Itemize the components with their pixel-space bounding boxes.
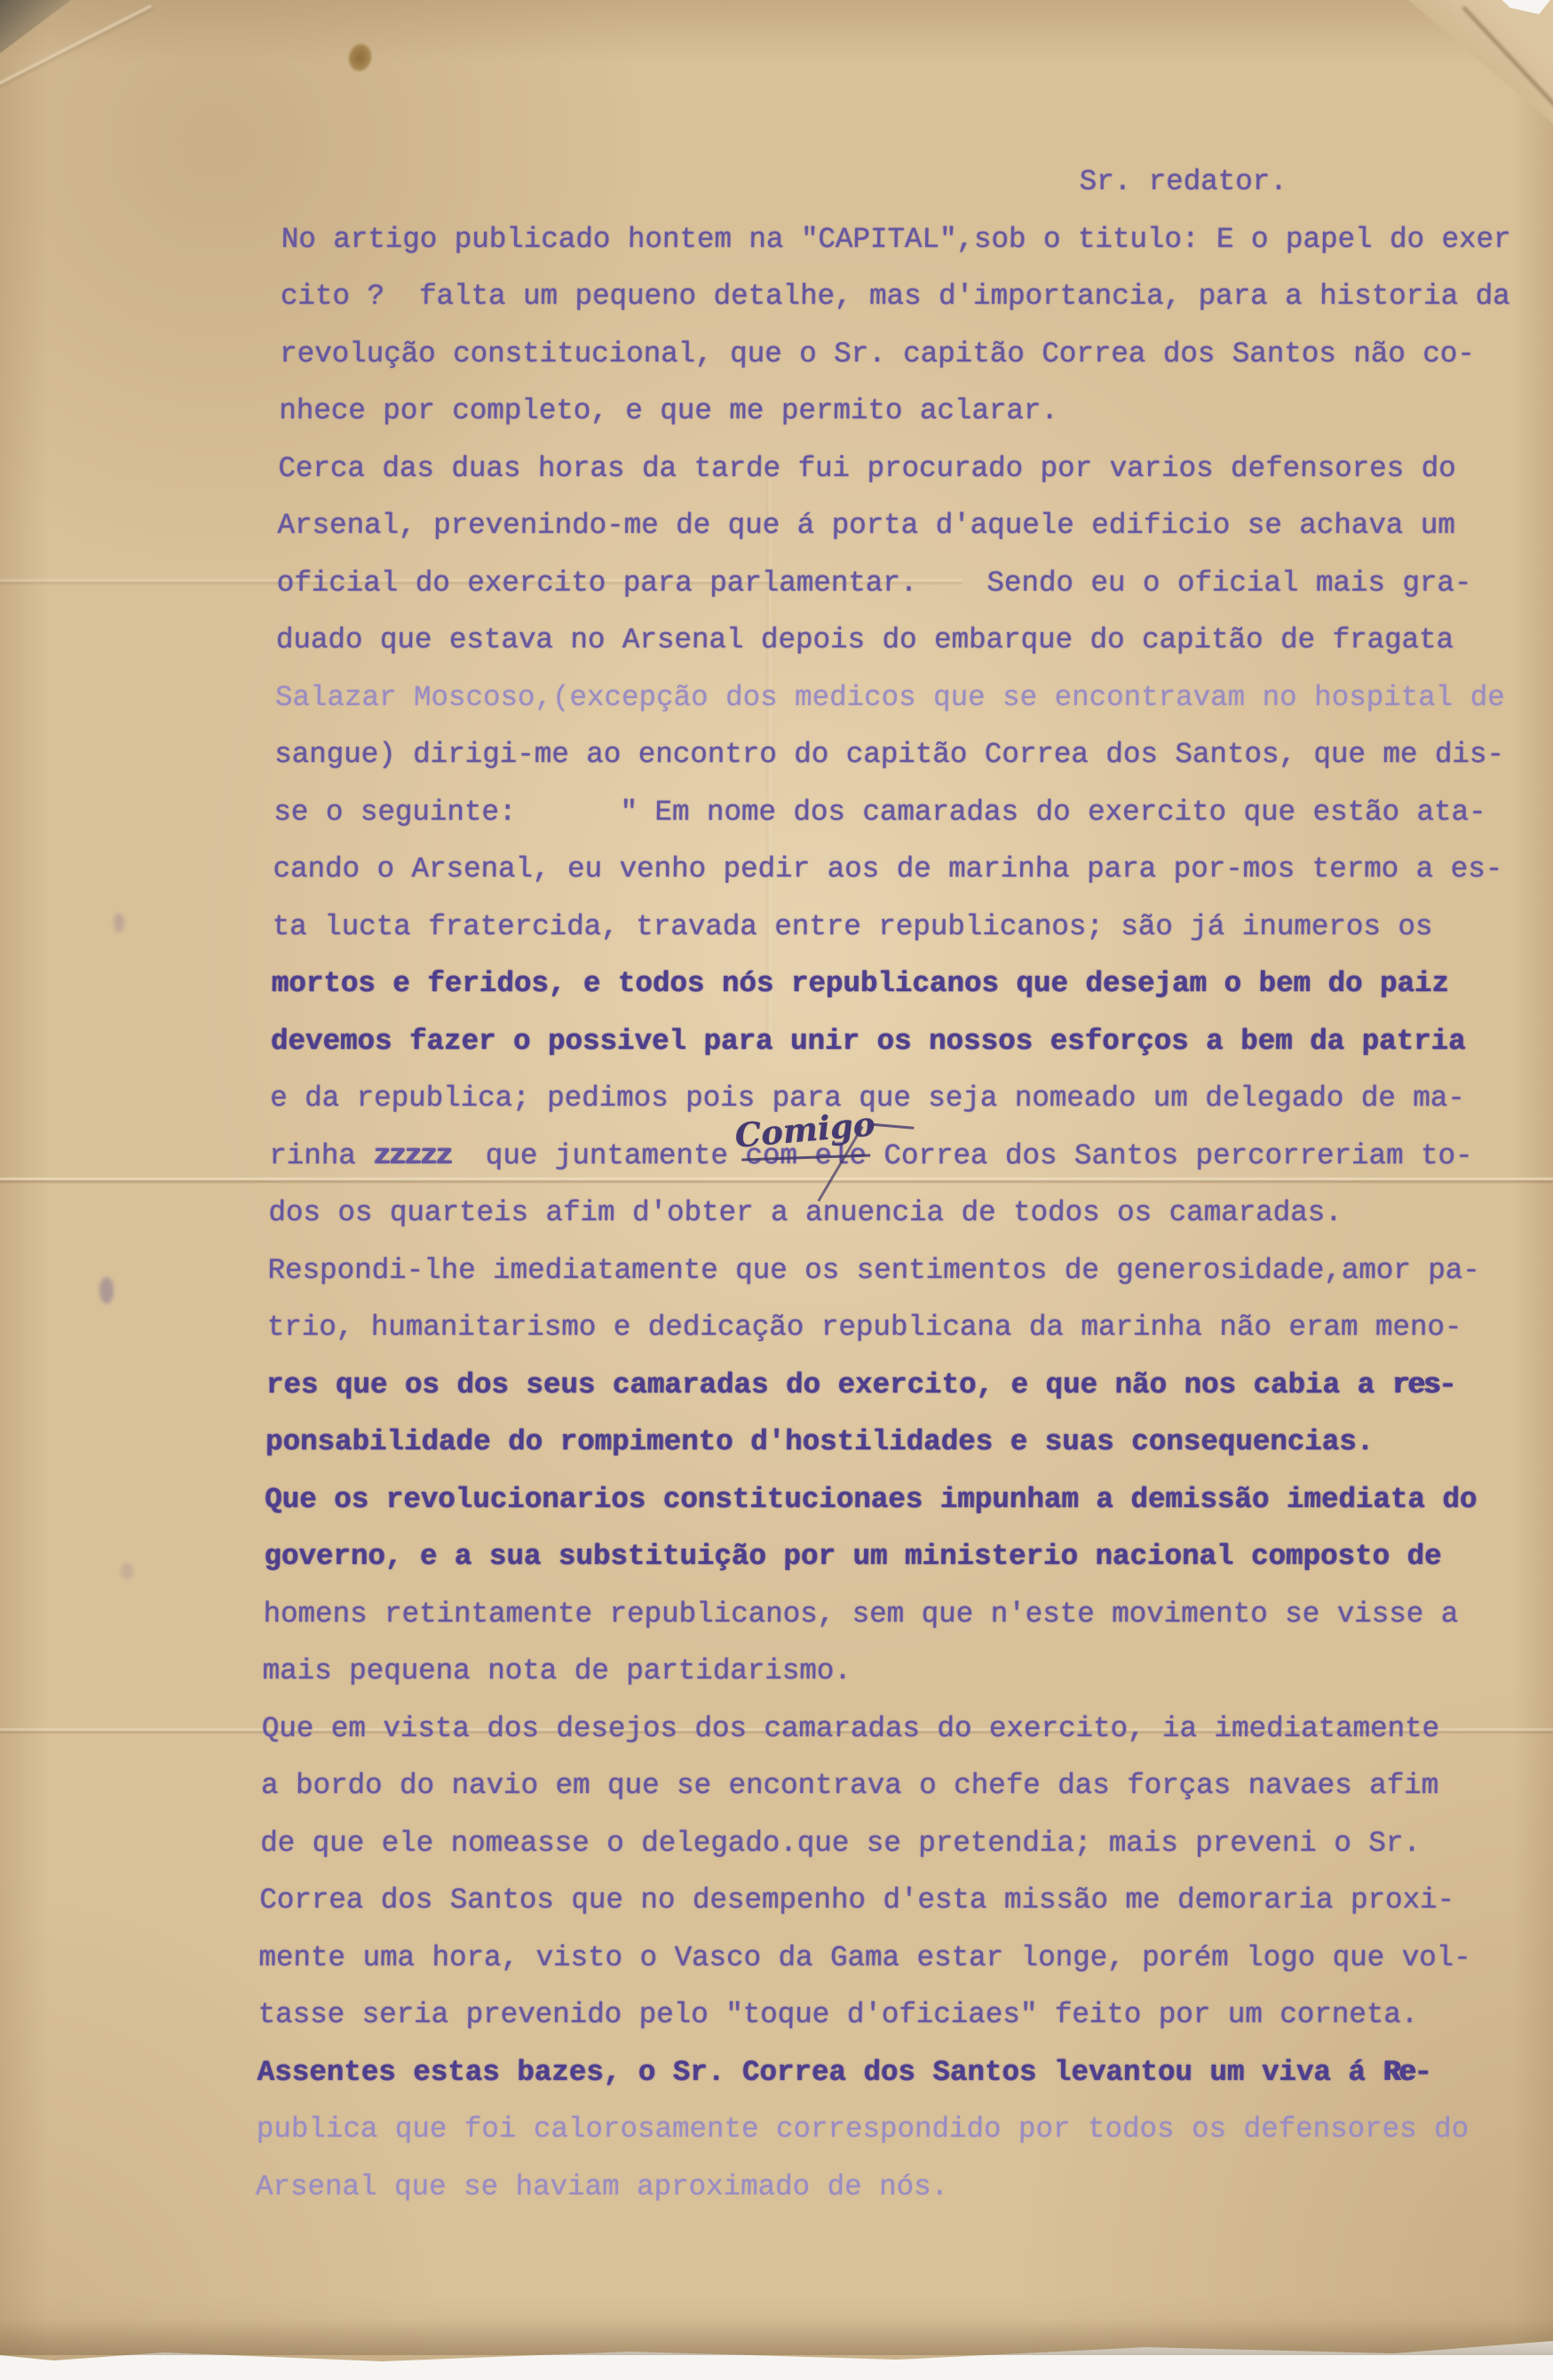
typed-line: No artigo publicado hontem na "CAPITAL",…: [281, 211, 1525, 269]
typed-line: ta lucta fratercida, travada entre repub…: [272, 899, 1516, 956]
salutation: Sr. redator.: [281, 154, 1525, 211]
typed-line: mortos e feridos, e todos nós republican…: [271, 956, 1515, 1013]
typed-line: sangue) dirigi-me ao encontro do capitão…: [274, 726, 1518, 784]
typed-line: Que em vista dos desejos dos camaradas d…: [261, 1701, 1505, 1758]
typed-text: que juntamente: [451, 1139, 746, 1172]
typed-line: e da republica; pedimos pois para que se…: [270, 1070, 1514, 1128]
typed-text: rinha: [269, 1139, 374, 1172]
typed-line: Assentes estas bazes, o Sr. Correa dos S…: [257, 2044, 1501, 2102]
typed-line: rinha zzzzz que juntamente com eleComigo…: [269, 1128, 1513, 1186]
typed-line: cando o Arsenal, eu venho pedir aos de m…: [273, 841, 1517, 899]
typed-line: publica que foi calorosamente correspond…: [256, 2101, 1500, 2159]
typed-line: duado que estava no Arsenal depois do em…: [275, 612, 1519, 670]
typed-line: Correa dos Santos que no desempenho d'es…: [259, 1872, 1503, 1930]
typed-line: de que ele nomeasse o delegado.que se pr…: [260, 1815, 1504, 1873]
typed-line: ponsabilidade do rompimento d'hostilidad…: [265, 1414, 1509, 1472]
ink-smudge: [114, 913, 124, 932]
typed-line: trio, humanitarismo e dedicação republic…: [266, 1299, 1510, 1357]
typed-line: Salazar Moscoso,(excepção dos medicos qu…: [275, 670, 1519, 727]
ink-smudge: [121, 1563, 133, 1579]
typed-line: Que os revolucionarios constitucionaes i…: [265, 1472, 1509, 1529]
typed-line: Arsenal, prevenindo-me de que á porta d'…: [277, 497, 1521, 555]
typed-line: mente uma hora, visto o Vasco da Gama es…: [258, 1930, 1502, 1987]
typed-line: Cerca das duas horas da tarde fui procur…: [278, 440, 1522, 498]
typed-line: mais pequena nota de partidarismo.: [262, 1643, 1506, 1701]
document-photo: Sr. redator. No artigo publicado hontem …: [0, 0, 1553, 2380]
ink-smudge: [99, 1277, 114, 1304]
typed-line: revolução constitucional, que o Sr. capi…: [280, 326, 1524, 384]
typed-line: oficial do exercito para parlamentar. Se…: [276, 555, 1520, 613]
letter-body: No artigo publicado hontem na "CAPITAL",…: [256, 211, 1525, 2217]
typed-text: res que os dos seus camaradas do exercit…: [266, 1368, 1392, 1401]
typed-line: res que os dos seus camaradas do exercit…: [265, 1357, 1509, 1415]
typed-line: cito ? falta um pequeno detalhe, mas d'i…: [280, 268, 1524, 326]
typed-line: a bordo do navio em que se encontrava o …: [261, 1757, 1505, 1815]
overtyped-text: Re-: [1383, 2056, 1430, 2089]
typed-line: governo, e a sua substituição por um min…: [264, 1528, 1508, 1586]
typed-line: Arsenal que se haviam aproximado de nós.: [256, 2159, 1500, 2217]
overtyped-text: zzzzz: [373, 1139, 451, 1172]
typed-text: Assentes estas bazes, o Sr. Correa dos S…: [257, 2056, 1383, 2089]
overtyped-text: res-: [1391, 1368, 1454, 1401]
typed-line: se o seguinte: " Em nome dos camaradas d…: [273, 784, 1517, 842]
typed-line: tasse seria prevenido pelo "toque d'ofic…: [258, 1987, 1501, 2044]
typed-line: nhece por completo, e que me permito acl…: [279, 383, 1523, 440]
paper-bottom-edge: [0, 2320, 1553, 2355]
correction-area: com eleComigo: [745, 1128, 867, 1186]
letter-text: Sr. redator. No artigo publicado hontem …: [256, 154, 1525, 2216]
typed-line: homens retintamente republicanos, sem qu…: [263, 1586, 1507, 1644]
typed-line: devemos fazer o possivel para unir os no…: [270, 1013, 1514, 1071]
typed-text: Correa dos Santos percorreriam to-: [867, 1139, 1473, 1172]
typed-line: Respondi-lhe imediatamente que os sentim…: [267, 1242, 1511, 1300]
typed-line: dos os quarteis afim d'obter a anuencia …: [268, 1185, 1512, 1242]
